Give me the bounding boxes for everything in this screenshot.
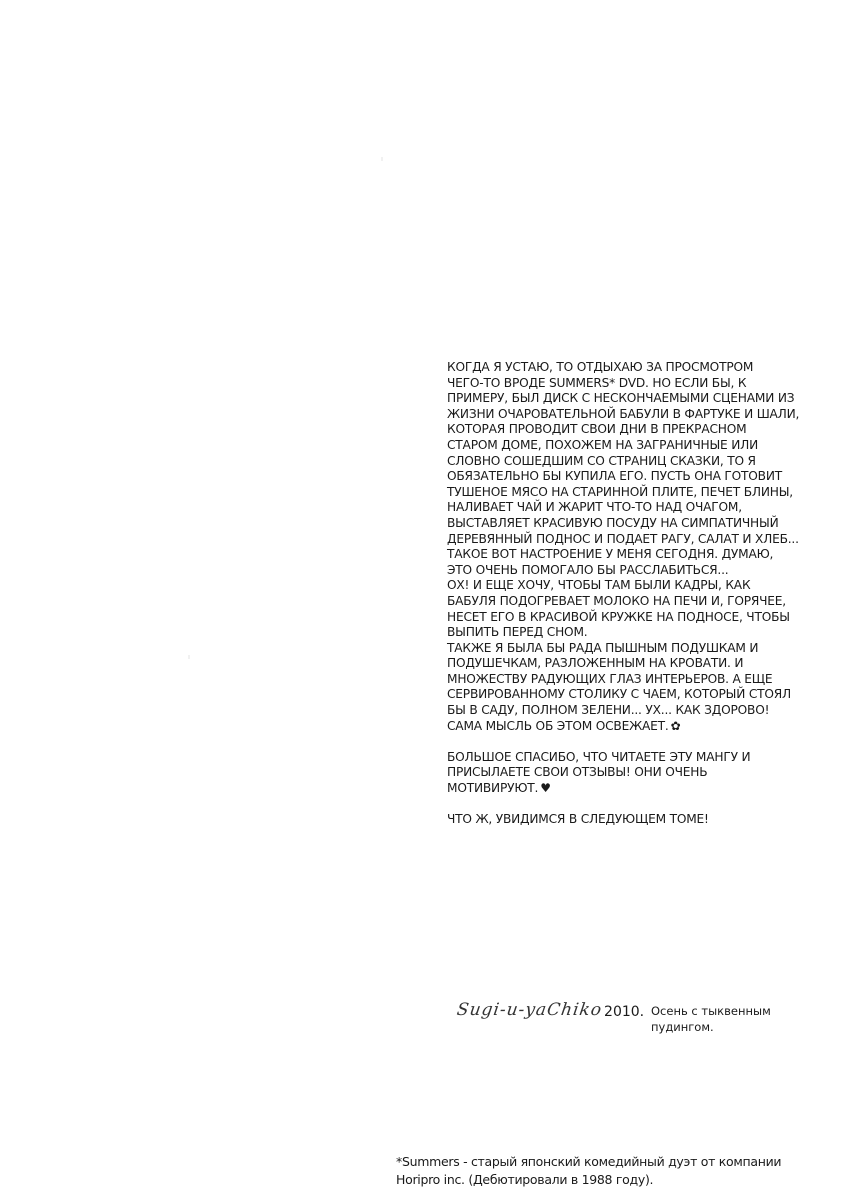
afterword-paragraph-1: Когда я устаю, то отдыхаю за просмотромч… [447, 360, 839, 734]
text-line: это очень помогало бы расслабиться... [447, 563, 839, 579]
heart-doodle-icon: ♥ [540, 781, 551, 795]
signature-note-line: пудингом. [651, 1019, 791, 1035]
text-line: несет его в красивой кружке на подносе, … [447, 610, 839, 626]
signature-handwriting: Sugi-u-yaChiko [456, 1000, 604, 1020]
flower-doodle-icon: ✿ [671, 719, 681, 733]
text-line: Ох! И еще хочу, чтобы там были кадры, ка… [447, 578, 839, 594]
text-line: Также я была бы рада пышным подушкам и [447, 641, 839, 657]
text-line: Такое вот настроение у меня сегодня. Дум… [447, 547, 839, 563]
text-line: выпить перед сном. [447, 625, 839, 641]
text-line: старом доме, похожем на заграничные или [447, 438, 839, 454]
text-line: примеру, был диск с нескончаемыми сценам… [447, 391, 839, 407]
footnote-line: Horipro inc. (Дебютировали в 1988 году). [396, 1171, 781, 1189]
afterword-paragraph-3: Что ж, увидимся в следующем томе! [447, 812, 839, 828]
text-line: Что ж, увидимся в следующем томе! [447, 812, 839, 828]
signature-note-line: Осень с тыквенным [651, 1003, 791, 1019]
text-line: выставляет красивую посуду на симпатичны… [447, 516, 839, 532]
text-line: мотивируют.♥ [447, 781, 839, 797]
text-line: подушечкам, разложенным на кровати. И [447, 656, 839, 672]
paper-speck [188, 655, 190, 659]
text-line: чего-то вроде Summers* DVD. Но если бы, … [447, 376, 839, 392]
text-line: бабуля подогревает молоко на печи и, гор… [447, 594, 839, 610]
paper-speck [381, 157, 383, 161]
text-line: деревянный поднос и подает рагу, салат и… [447, 532, 839, 548]
text-line: наливает чай и жарит что-то над очагом, [447, 500, 839, 516]
footnote-line: *Summers - старый японский комедийный ду… [396, 1153, 781, 1171]
text-line: тушеное мясо на старинной плите, печет б… [447, 485, 839, 501]
text-line: сервированному столику с чаем, который с… [447, 687, 839, 703]
afterword-text: Когда я устаю, то отдыхаю за просмотромч… [447, 360, 839, 828]
text-line: жизни очаровательной бабули в фартуке и … [447, 407, 839, 423]
text-line: Большое спасибо, что читаете эту мангу и [447, 750, 839, 766]
paragraph-gap [447, 797, 839, 813]
text-line: бы в саду, полном зелени... Ух... как зд… [447, 703, 839, 719]
text-line: обязательно бы купила его. Пусть она гот… [447, 469, 839, 485]
text-line: Когда я устаю, то отдыхаю за просмотром [447, 360, 839, 376]
footnote: *Summers - старый японский комедийный ду… [396, 1153, 781, 1189]
text-line: присылаете свои отзывы! Они очень [447, 765, 839, 781]
signature-year: 2010. [604, 1004, 644, 1020]
text-line: словно сошедшим со страниц сказки, то я [447, 454, 839, 470]
text-line: множеству радующих глаз интерьеров. А ещ… [447, 672, 839, 688]
paragraph-gap [447, 734, 839, 750]
afterword-paragraph-2: Большое спасибо, что читаете эту мангу и… [447, 750, 839, 797]
text-line: которая проводит свои дни в прекрасном [447, 422, 839, 438]
text-line: Сама мысль об этом освежает.✿ [447, 719, 839, 735]
author-signature: Sugi-u-yaChiko 2010. [457, 1000, 644, 1020]
signature-note: Осень с тыквенным пудингом. [651, 1003, 791, 1035]
